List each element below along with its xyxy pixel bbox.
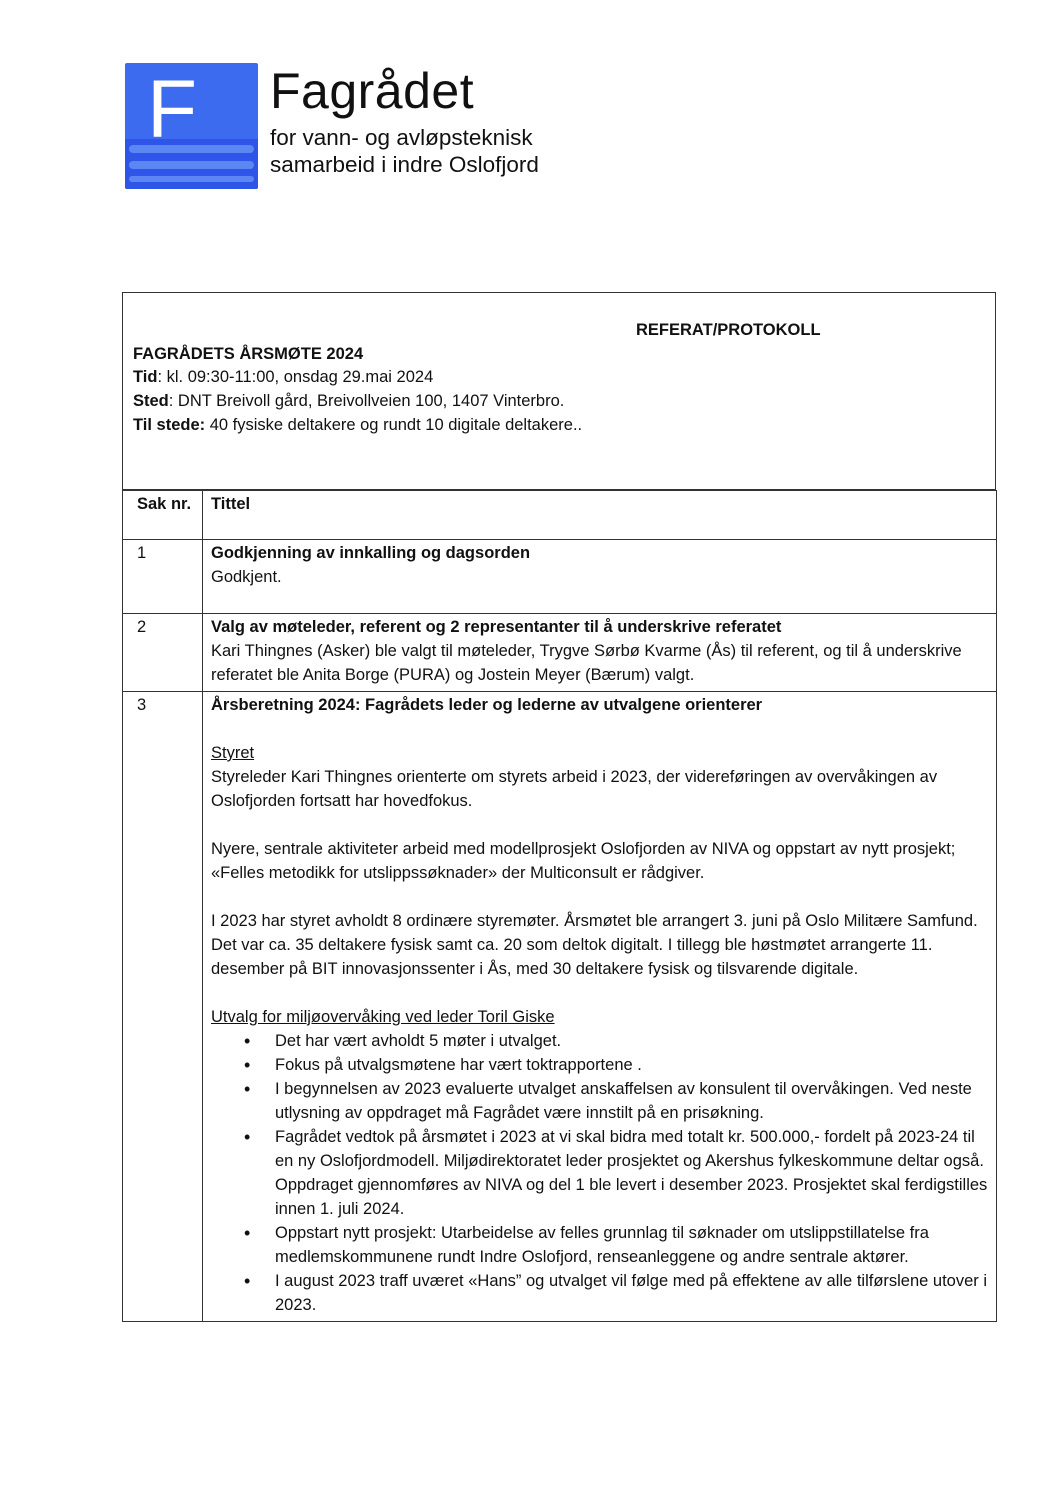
paragraph: Styreleder Kari Thingnes orienterte om s… <box>211 765 988 813</box>
list-item: Oppstart nytt prosjekt: Utarbeidelse av … <box>275 1221 988 1269</box>
meeting-header-box: REFERAT/PROTOKOLL FAGRÅDETS ÅRSMØTE 2024… <box>122 292 996 490</box>
list-item: I begynnelsen av 2023 evaluerte utvalget… <box>275 1077 988 1125</box>
list-item: Fagrådet vedtok på årsmøtet i 2023 at vi… <box>275 1125 988 1221</box>
item-number: 1 <box>123 540 203 614</box>
brand-title: Fagrådet <box>270 66 474 116</box>
meeting-place: Sted: DNT Breivoll gård, Breivollveien 1… <box>133 392 564 411</box>
column-header-number: Sak nr. <box>123 491 203 540</box>
time-value: : kl. 09:30-11:00, onsdag 29.mai 2024 <box>157 368 433 386</box>
list-item: Det har vært avholdt 5 møter i utvalget. <box>275 1029 988 1053</box>
table-row: 1 Godkjenning av innkalling og dagsorden… <box>123 540 997 614</box>
column-header-title: Tittel <box>203 491 997 540</box>
item-number: 3 <box>123 692 203 1322</box>
time-label: Tid <box>133 368 157 386</box>
item-body: Kari Thingnes (Asker) ble valgt til møte… <box>211 639 988 687</box>
table-row: 3 Årsberetning 2024: Fagrådets leder og … <box>123 692 997 1322</box>
paragraph: I 2023 har styret avholdt 8 ordinære sty… <box>211 909 988 981</box>
item-content: Valg av møteleder, referent og 2 represe… <box>203 614 997 692</box>
item-body: Godkjent. <box>211 565 988 589</box>
item-title: Valg av møteleder, referent og 2 represe… <box>211 615 988 639</box>
agenda-table: Sak nr. Tittel 1 Godkjenning av innkalli… <box>122 490 997 1322</box>
meeting-time: Tid: kl. 09:30-11:00, onsdag 29.mai 2024 <box>133 368 433 387</box>
item-title: Godkjenning av innkalling og dagsorden <box>211 541 988 565</box>
place-label: Sted <box>133 392 169 410</box>
paragraph: Nyere, sentrale aktiviteter arbeid med m… <box>211 837 988 885</box>
item-content: Årsberetning 2024: Fagrådets leder og le… <box>203 692 997 1322</box>
present-value: 40 fysiske deltakere og rundt 10 digital… <box>205 416 582 434</box>
meeting-attendance: Til stede: 40 fysiske deltakere og rundt… <box>133 416 582 435</box>
present-label: Til stede: <box>133 416 205 434</box>
meeting-title: FAGRÅDETS ÅRSMØTE 2024 <box>133 345 363 364</box>
table-header-row: Sak nr. Tittel <box>123 491 997 540</box>
list-item: I august 2023 traff uværet «Hans” og utv… <box>275 1269 988 1317</box>
place-value: : DNT Breivoll gård, Breivollveien 100, … <box>169 392 565 410</box>
document-type: REFERAT/PROTOKOLL <box>636 321 821 340</box>
logo-waves-icon <box>125 139 258 189</box>
brand-subtitle: for vann- og avløpsteknisk samarbeid i i… <box>270 124 539 178</box>
section-heading-styret: Styret <box>211 741 988 765</box>
brand-subtitle-line-2: samarbeid i indre Oslofjord <box>270 151 539 178</box>
item-title: Årsberetning 2024: Fagrådets leder og le… <box>211 693 988 717</box>
list-item: Fokus på utvalgsmøtene har vært toktrapp… <box>275 1053 988 1077</box>
table-row: 2 Valg av møteleder, referent og 2 repre… <box>123 614 997 692</box>
brand-subtitle-line-1: for vann- og avløpsteknisk <box>270 124 539 151</box>
item-content: Godkjenning av innkalling og dagsorden G… <box>203 540 997 614</box>
bullet-list: Det har vært avholdt 5 møter i utvalget.… <box>211 1029 988 1317</box>
section-heading-miljoovervaking: Utvalg for miljøovervåking ved leder Tor… <box>211 1005 988 1029</box>
organization-logo: F <box>125 63 258 189</box>
item-number: 2 <box>123 614 203 692</box>
